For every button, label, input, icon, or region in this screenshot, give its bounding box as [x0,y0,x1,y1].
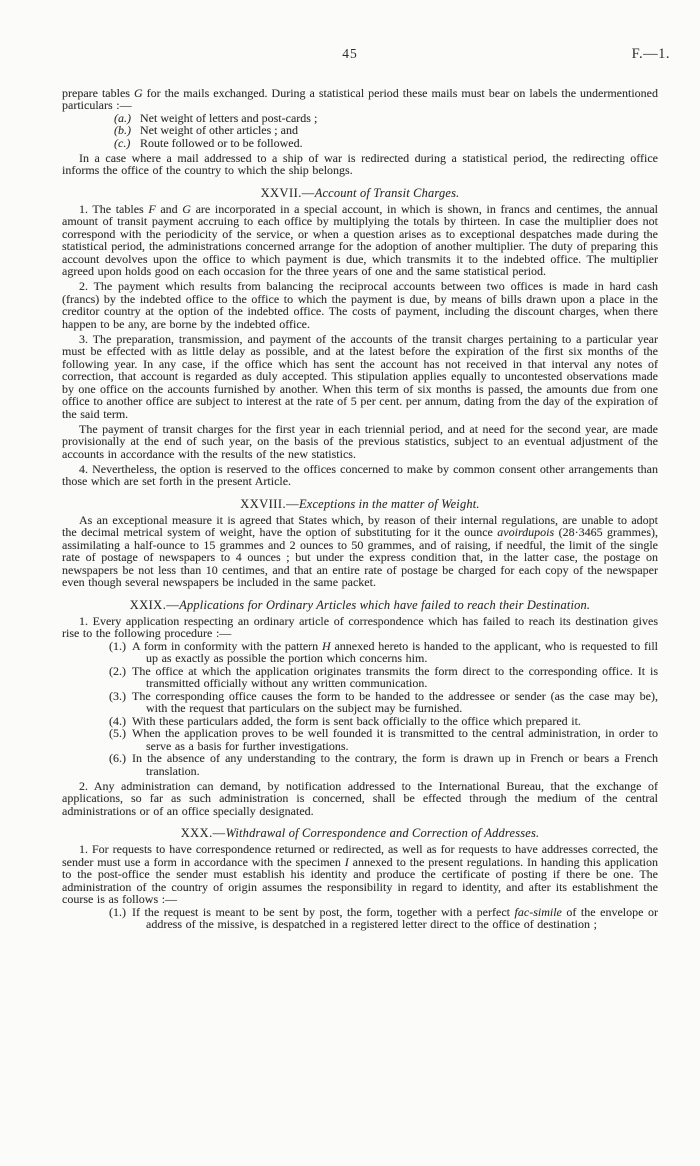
procedure-item-1: (1.)If the request is meant to be sent b… [62,906,658,931]
paragraph: 2. The payment which results from balanc… [62,280,658,330]
section-xxx: XXX.—Withdrawal of Correspondence and Co… [62,827,658,931]
list-marker: (5.) [109,726,132,740]
section-xxviii: XXVIII.—Exceptions in the matter of Weig… [62,498,658,589]
procedure-item-1: (1.)A form in conformity with the patter… [62,640,658,665]
paragraph-continuation: prepare tables G for the mails exchanged… [62,87,658,112]
section-number: XXVIII.— [240,497,299,511]
paragraph: 4. Nevertheless, the option is reserved … [62,463,658,488]
list-marker: (c.) [114,137,140,150]
section-heading: XXIX.—Applications for Ordinary Articles… [62,599,658,612]
section-number: XXIX.— [130,598,179,612]
list-marker: (b.) [114,124,140,137]
section-number: XXVII.— [261,186,315,200]
list-marker: (3.) [109,689,132,703]
section-title: Applications for Ordinary Articles which… [179,598,590,612]
procedure-item-5: (5.)When the application proves to be we… [62,727,658,752]
paragraph: 3. The preparation, transmission, and pa… [62,333,658,421]
scanned-document-page: 45 F.—1. prepare tables G for the mails … [0,0,700,1166]
list-text: Route followed or to be followed. [140,136,303,150]
procedure-item-3: (3.)The corresponding office causes the … [62,690,658,715]
paragraph: 2. Any administration can demand, by not… [62,780,658,818]
list-marker: (1.) [109,639,132,653]
section-title: Exceptions in the matter of Weight. [299,497,480,511]
paragraph: As an exceptional measure it is agreed t… [62,514,658,589]
list-text: The office at which the application orig… [132,664,658,691]
section-title: Account of Transit Charges. [315,186,460,200]
paragraph: The payment of transit charges for the f… [62,423,658,461]
list-item-c: (c.)Route followed or to be followed. [62,137,658,150]
document-reference: F.—1. [632,46,670,63]
list-text: The corresponding office causes the form… [132,689,658,716]
paragraph: 1. For requests to have correspondence r… [62,843,658,906]
section-heading: XXVII.—Account of Transit Charges. [62,187,658,200]
paragraph: In a case where a mail addressed to a sh… [62,152,658,177]
section-heading: XXX.—Withdrawal of Correspondence and Co… [62,827,658,840]
section-title: Withdrawal of Correspondence and Correct… [226,826,540,840]
section-xxix: XXIX.—Applications for Ordinary Articles… [62,599,658,818]
section-number: XXX.— [181,826,226,840]
section-xxvii: XXVII.—Account of Transit Charges. 1. Th… [62,187,658,488]
list-marker: (2.) [109,664,132,678]
paragraph: 1. Every application respecting an ordin… [62,615,658,640]
procedure-item-2: (2.)The office at which the application … [62,665,658,690]
section-heading: XXVIII.—Exceptions in the matter of Weig… [62,498,658,511]
page-number: 45 [0,46,700,62]
document-body: prepare tables G for the mails exchanged… [62,84,658,931]
list-marker: (6.) [109,751,132,765]
paragraph: 1. The tables F and G are incorporated i… [62,203,658,278]
list-text: In the absence of any understanding to t… [132,751,658,778]
procedure-item-6: (6.)In the absence of any understanding … [62,752,658,777]
list-marker: (1.) [109,905,132,919]
table-letter: G [134,86,143,100]
text-segment: for the mails exchanged. During a statis… [62,86,658,113]
list-text: When the application proves to be well f… [132,726,658,753]
page-header: 45 F.—1. [0,46,700,66]
